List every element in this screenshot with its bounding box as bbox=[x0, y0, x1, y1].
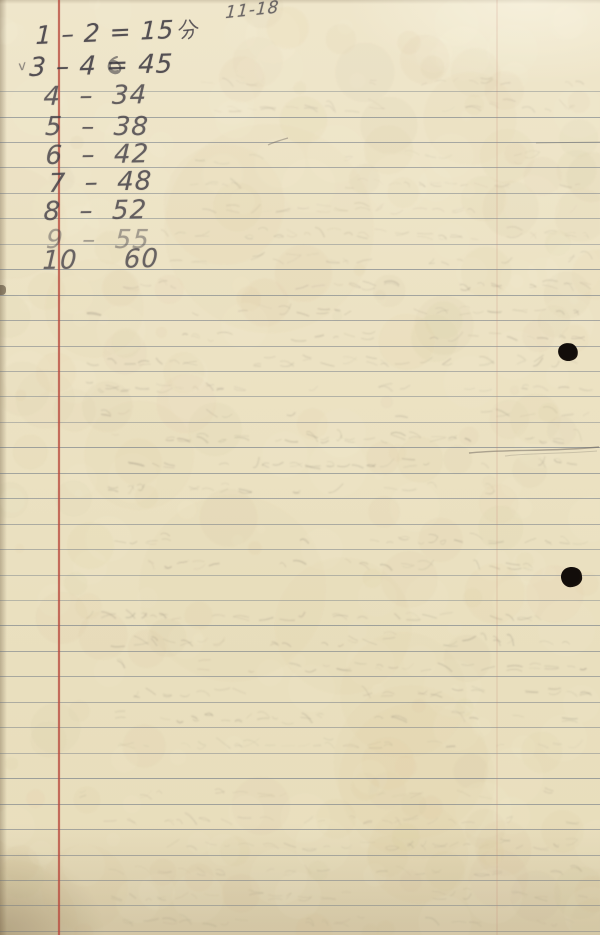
left-edge-mark bbox=[0, 285, 6, 295]
rule-line bbox=[0, 575, 600, 576]
rule-line bbox=[0, 804, 600, 805]
rule-line bbox=[0, 651, 600, 652]
rule-line bbox=[0, 473, 600, 474]
rule-line bbox=[0, 549, 600, 550]
rule-line bbox=[0, 702, 600, 703]
handwritten-row: 7 – 48 bbox=[48, 166, 152, 199]
handwritten-row: 5 – 38 bbox=[44, 112, 149, 142]
rule-line bbox=[0, 855, 600, 856]
handwritten-row: 10 60 bbox=[42, 244, 160, 276]
handwritten-row: 8 – 52 bbox=[43, 195, 148, 227]
rule-line bbox=[0, 753, 600, 754]
handwritten-row: 3 – 4 = 45 bbox=[29, 49, 174, 83]
rule-line bbox=[0, 931, 600, 932]
rule-line bbox=[0, 625, 600, 626]
notebook-page: 11-18 v 1 – 2 = 15 3 – 4 = 45 4 – 34 5 –… bbox=[0, 0, 600, 935]
rule-line bbox=[0, 778, 600, 779]
rule-line bbox=[0, 422, 600, 423]
rule-line bbox=[0, 498, 600, 499]
handwritten-row: 4 – 34 bbox=[43, 80, 148, 112]
rule-line bbox=[0, 524, 600, 525]
rule-line bbox=[0, 295, 600, 296]
bleedthrough-margin-line bbox=[496, 0, 498, 935]
row-text: 1 – 2 = 15 bbox=[35, 15, 174, 50]
rule-line bbox=[0, 396, 600, 397]
rule-line bbox=[0, 880, 600, 881]
rule-line bbox=[0, 829, 600, 830]
rule-line bbox=[0, 371, 600, 372]
rule-line bbox=[0, 727, 600, 728]
rule-line bbox=[0, 447, 600, 448]
rule-line bbox=[0, 676, 600, 677]
fen-character bbox=[177, 18, 200, 41]
rule-line bbox=[0, 600, 600, 601]
rule-line bbox=[0, 346, 600, 347]
rule-line bbox=[0, 320, 600, 321]
rule-line bbox=[0, 905, 600, 906]
